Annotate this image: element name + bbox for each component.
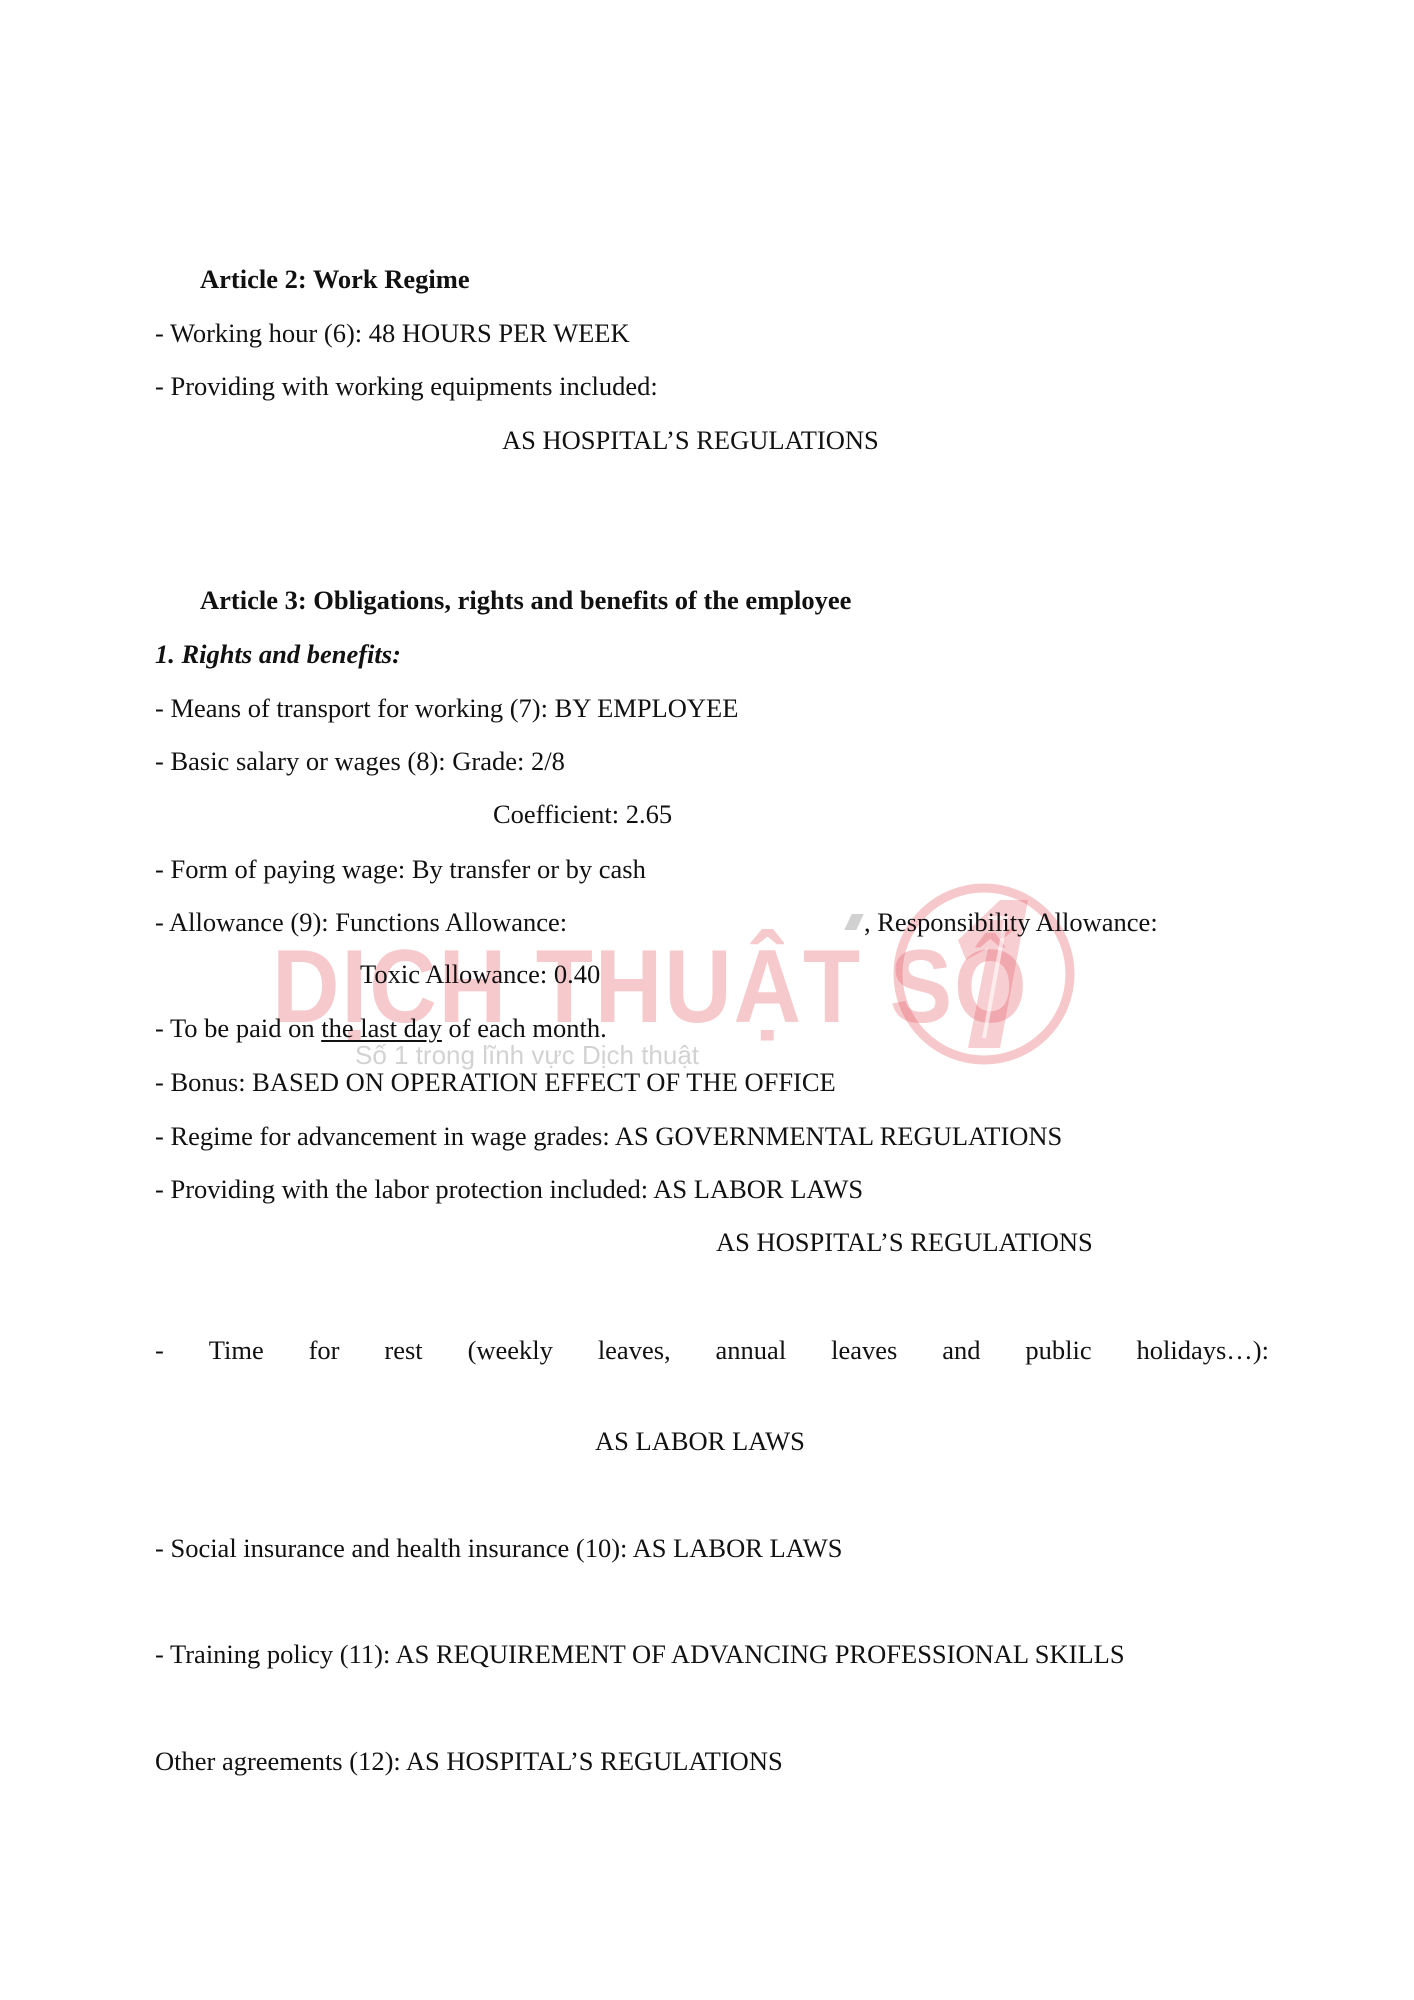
rest-word: leaves <box>831 1334 897 1366</box>
article3-heading: Article 3: Obligations, rights and benef… <box>200 584 851 616</box>
rest-word: public <box>1025 1334 1091 1366</box>
transport-line: - Means of transport for working (7): BY… <box>155 692 738 724</box>
insurance-line: - Social insurance and health insurance … <box>155 1532 842 1564</box>
rest-time-line: -Timeforrest(weeklyleaves,annualleavesan… <box>155 1334 1269 1366</box>
responsibility-allowance: , Responsibility Allowance: <box>864 906 1158 938</box>
payment-day-underlined: the last day <box>321 1013 442 1043</box>
rest-word: leaves, <box>598 1334 671 1366</box>
rights-benefits-subheading: 1. Rights and benefits: <box>155 638 401 670</box>
bonus-line: - Bonus: BASED ON OPERATION EFFECT OF TH… <box>155 1066 836 1098</box>
labor-protection-line: - Providing with the labor protection in… <box>155 1173 863 1205</box>
article2-heading: Article 2: Work Regime <box>200 263 470 295</box>
working-hour-line: - Working hour (6): 48 HOURS PER WEEK <box>155 317 630 349</box>
rest-word: - <box>155 1334 164 1366</box>
rest-word: annual <box>716 1334 787 1366</box>
other-agreements-line: Other agreements (12): AS HOSPITAL’S REG… <box>155 1745 783 1777</box>
allowance-line: - Allowance (9): Functions Allowance: <box>155 906 567 938</box>
watermark-accent-mark <box>844 914 863 930</box>
pay-form-line: - Form of paying wage: By transfer or by… <box>155 853 646 885</box>
rest-word: and <box>942 1334 980 1366</box>
rest-word: (weekly <box>468 1334 553 1366</box>
toxic-allowance-line: Toxic Allowance: 0.40 <box>360 958 600 990</box>
rest-word: rest <box>384 1334 422 1366</box>
payment-day-prefix: - To be paid on <box>155 1013 321 1043</box>
payment-day-line: - To be paid on the last day of each mon… <box>155 1012 607 1044</box>
advancement-line: - Regime for advancement in wage grades:… <box>155 1120 1062 1152</box>
labor-protection-value: AS HOSPITAL’S REGULATIONS <box>716 1226 1093 1258</box>
payment-day-suffix: of each month. <box>442 1013 607 1043</box>
rest-time-value: AS LABOR LAWS <box>595 1425 805 1457</box>
rest-word: Time <box>209 1334 264 1366</box>
equipments-line: - Providing with working equipments incl… <box>155 370 658 402</box>
training-line: - Training policy (11): AS REQUIREMENT O… <box>155 1638 1125 1670</box>
salary-line: - Basic salary or wages (8): Grade: 2/8 <box>155 745 565 777</box>
equipments-value: AS HOSPITAL’S REGULATIONS <box>502 424 879 456</box>
rest-word: holidays…): <box>1136 1334 1269 1366</box>
coefficient-line: Coefficient: 2.65 <box>493 798 672 830</box>
rest-word: for <box>309 1334 340 1366</box>
